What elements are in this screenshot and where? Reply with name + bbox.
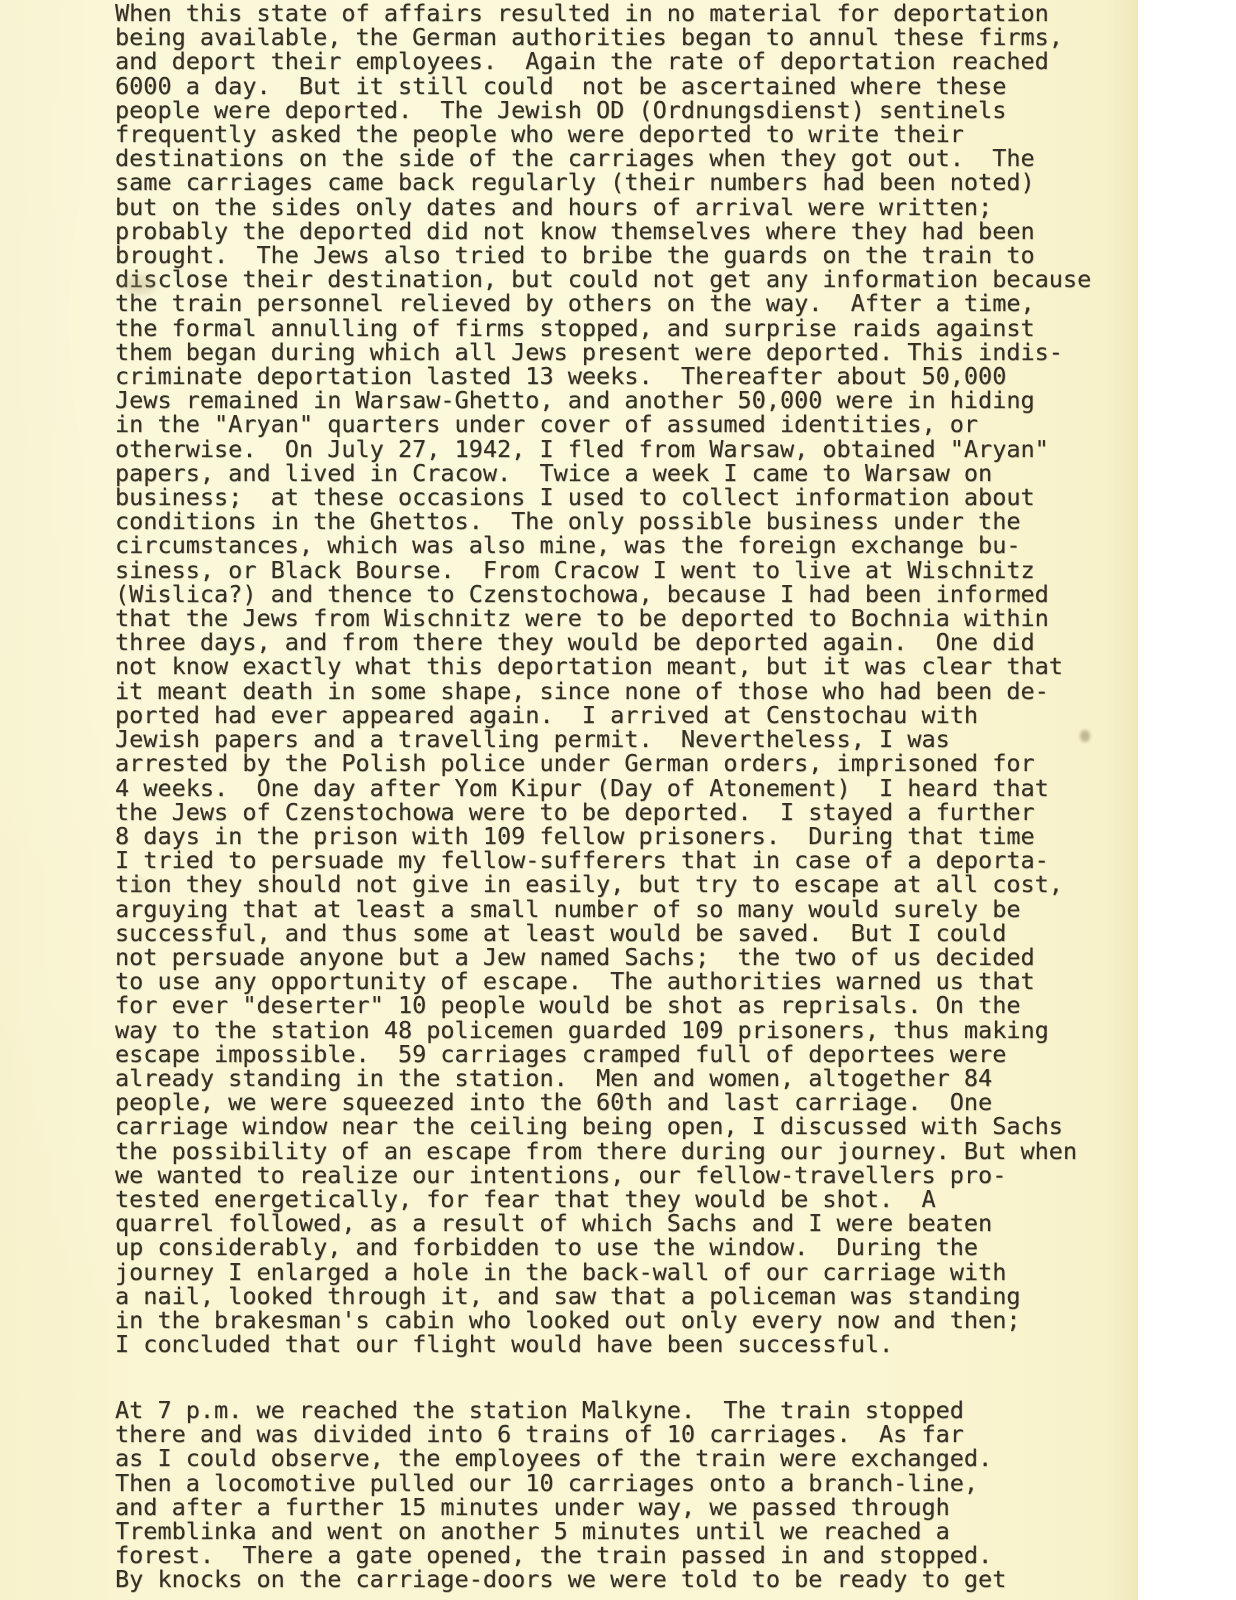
- testimony-paragraph-2: At 7 p.m. we reached the station Malkyne…: [115, 1398, 1006, 1592]
- testimony-paragraph-1: When this state of affairs resulted in n…: [115, 1, 1091, 1356]
- document-page: When this state of affairs resulted in n…: [0, 0, 1138, 1600]
- scanned-document-background: When this state of affairs resulted in n…: [0, 0, 1236, 1600]
